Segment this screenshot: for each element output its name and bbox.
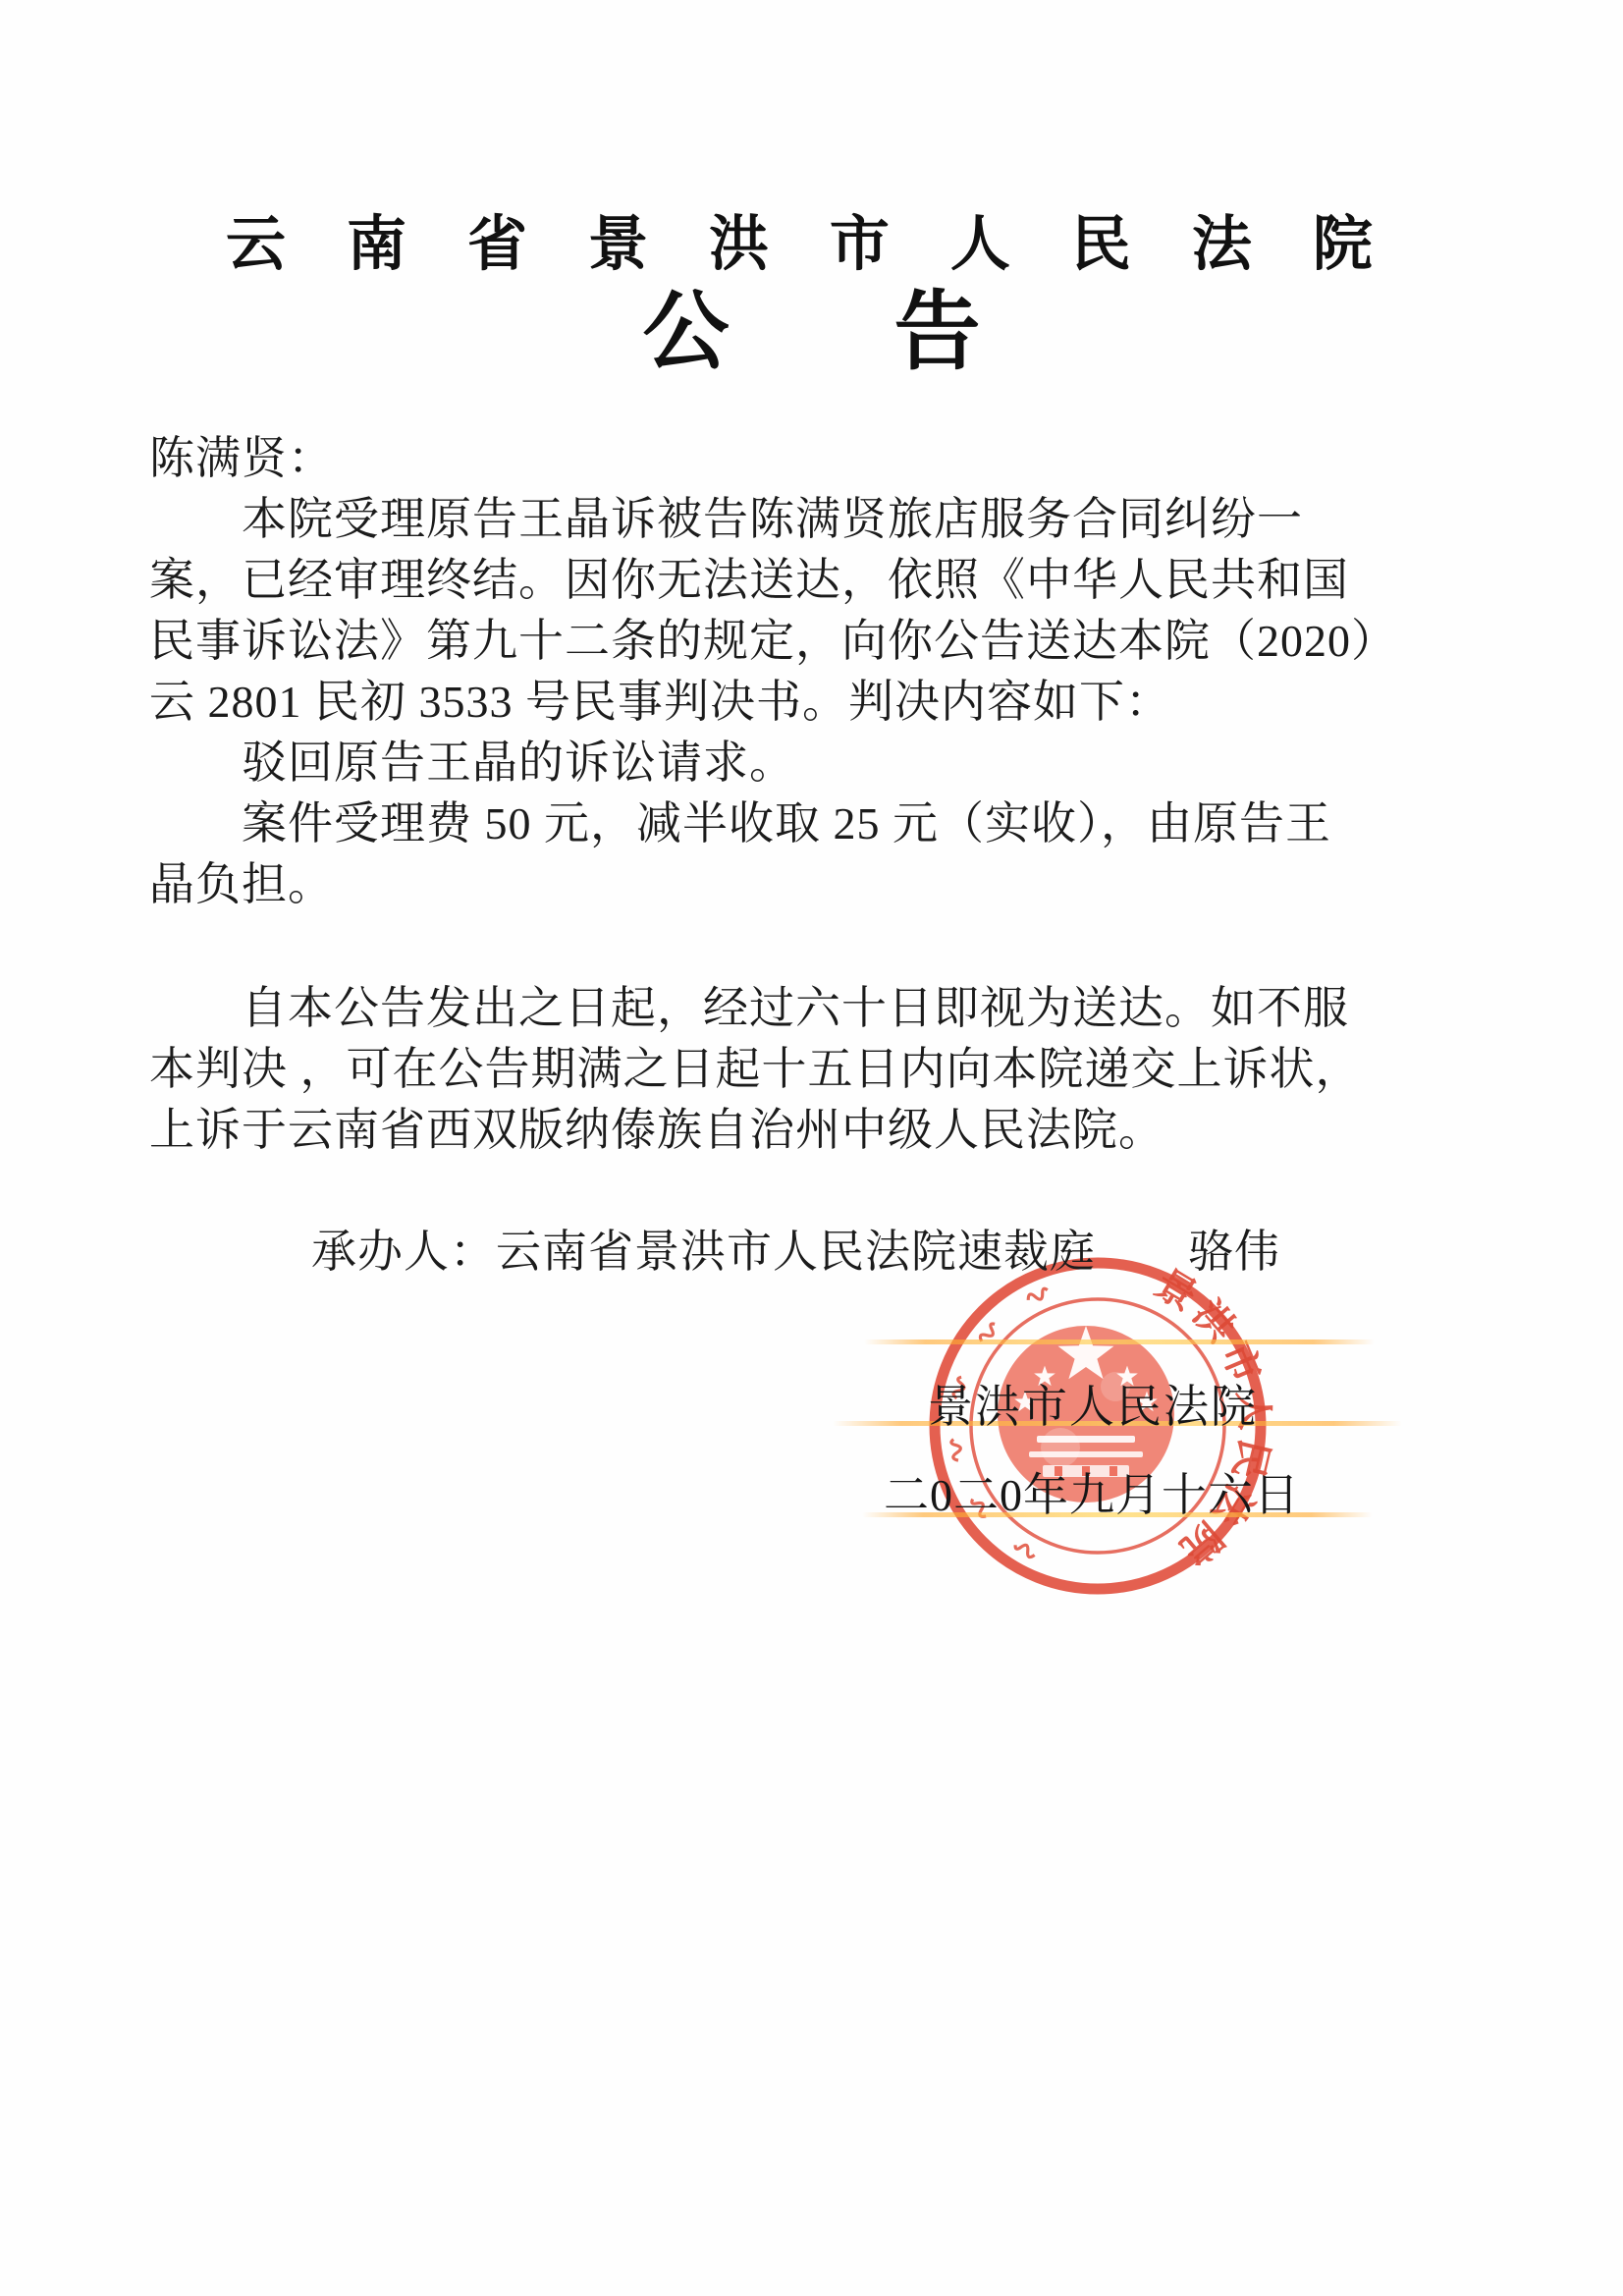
undertaker-line: 承办人：云南省景洪市人民法院速裁庭 骆伟 <box>149 1222 1426 1283</box>
court-name-heading: 云 南 省 景 洪 市 人 民 法 院 <box>226 196 1373 282</box>
body-line: 案，已经审理终结。因你无法送达，依照《中华人民共和国 <box>149 550 1426 611</box>
salutation-line: 陈满贤： <box>149 428 1426 489</box>
title-char: 景 <box>588 196 648 282</box>
court-announcement-document: 云 南 省 景 洪 市 人 民 法 院 公 告 陈满贤： 本院受理原告王晶诉被告… <box>0 0 1623 2296</box>
title-char: 云 <box>226 196 286 282</box>
body-line: 晶负担。 <box>149 854 1426 915</box>
announcement-title-char: 公 <box>642 285 729 380</box>
title-char: 院 <box>1313 196 1373 282</box>
body-line: 民事诉讼法》第九十二条的规定，向你公告送达本院（2020） <box>149 611 1426 672</box>
body-line: 案件受理费 50 元，减半收取 25 元（实收），由原告王 <box>149 793 1426 854</box>
announcement-title-char: 告 <box>894 285 981 380</box>
signature-court-name: 景洪市人民法院 <box>928 1371 1258 1436</box>
title-char: 南 <box>347 196 406 282</box>
body-line: 自本公告发出之日起，经过六十日即视为送达。如不服 <box>149 978 1426 1039</box>
body-line: 本判决 ，可在公告期满之日起十五日内向本院递交上诉状， <box>149 1039 1426 1100</box>
announcement-title: 公 告 <box>0 285 1623 380</box>
title-char: 人 <box>950 196 1010 282</box>
announcement-body: 陈满贤： 本院受理原告王晶诉被告陈满贤旅店服务合同纠纷一 案，已经审理终结。因你… <box>149 428 1426 1283</box>
body-line: 驳回原告王晶的诉讼请求。 <box>149 733 1426 793</box>
title-char: 洪 <box>709 196 769 282</box>
title-char: 法 <box>1192 196 1252 282</box>
body-line: 本院受理原告王晶诉被告陈满贤旅店服务合同纠纷一 <box>149 489 1426 550</box>
signature-date: 二0二0年九月十六日 <box>884 1459 1300 1524</box>
body-line: 上诉于云南省西双版纳傣族自治州中级人民法院。 <box>149 1100 1426 1161</box>
body-line: 云 2801 民初 3533 号民事判决书。判决内容如下： <box>149 672 1426 733</box>
title-char: 民 <box>1071 196 1131 282</box>
title-char: 省 <box>467 196 527 282</box>
title-char: 市 <box>830 196 890 282</box>
scan-streak <box>864 1339 1375 1344</box>
